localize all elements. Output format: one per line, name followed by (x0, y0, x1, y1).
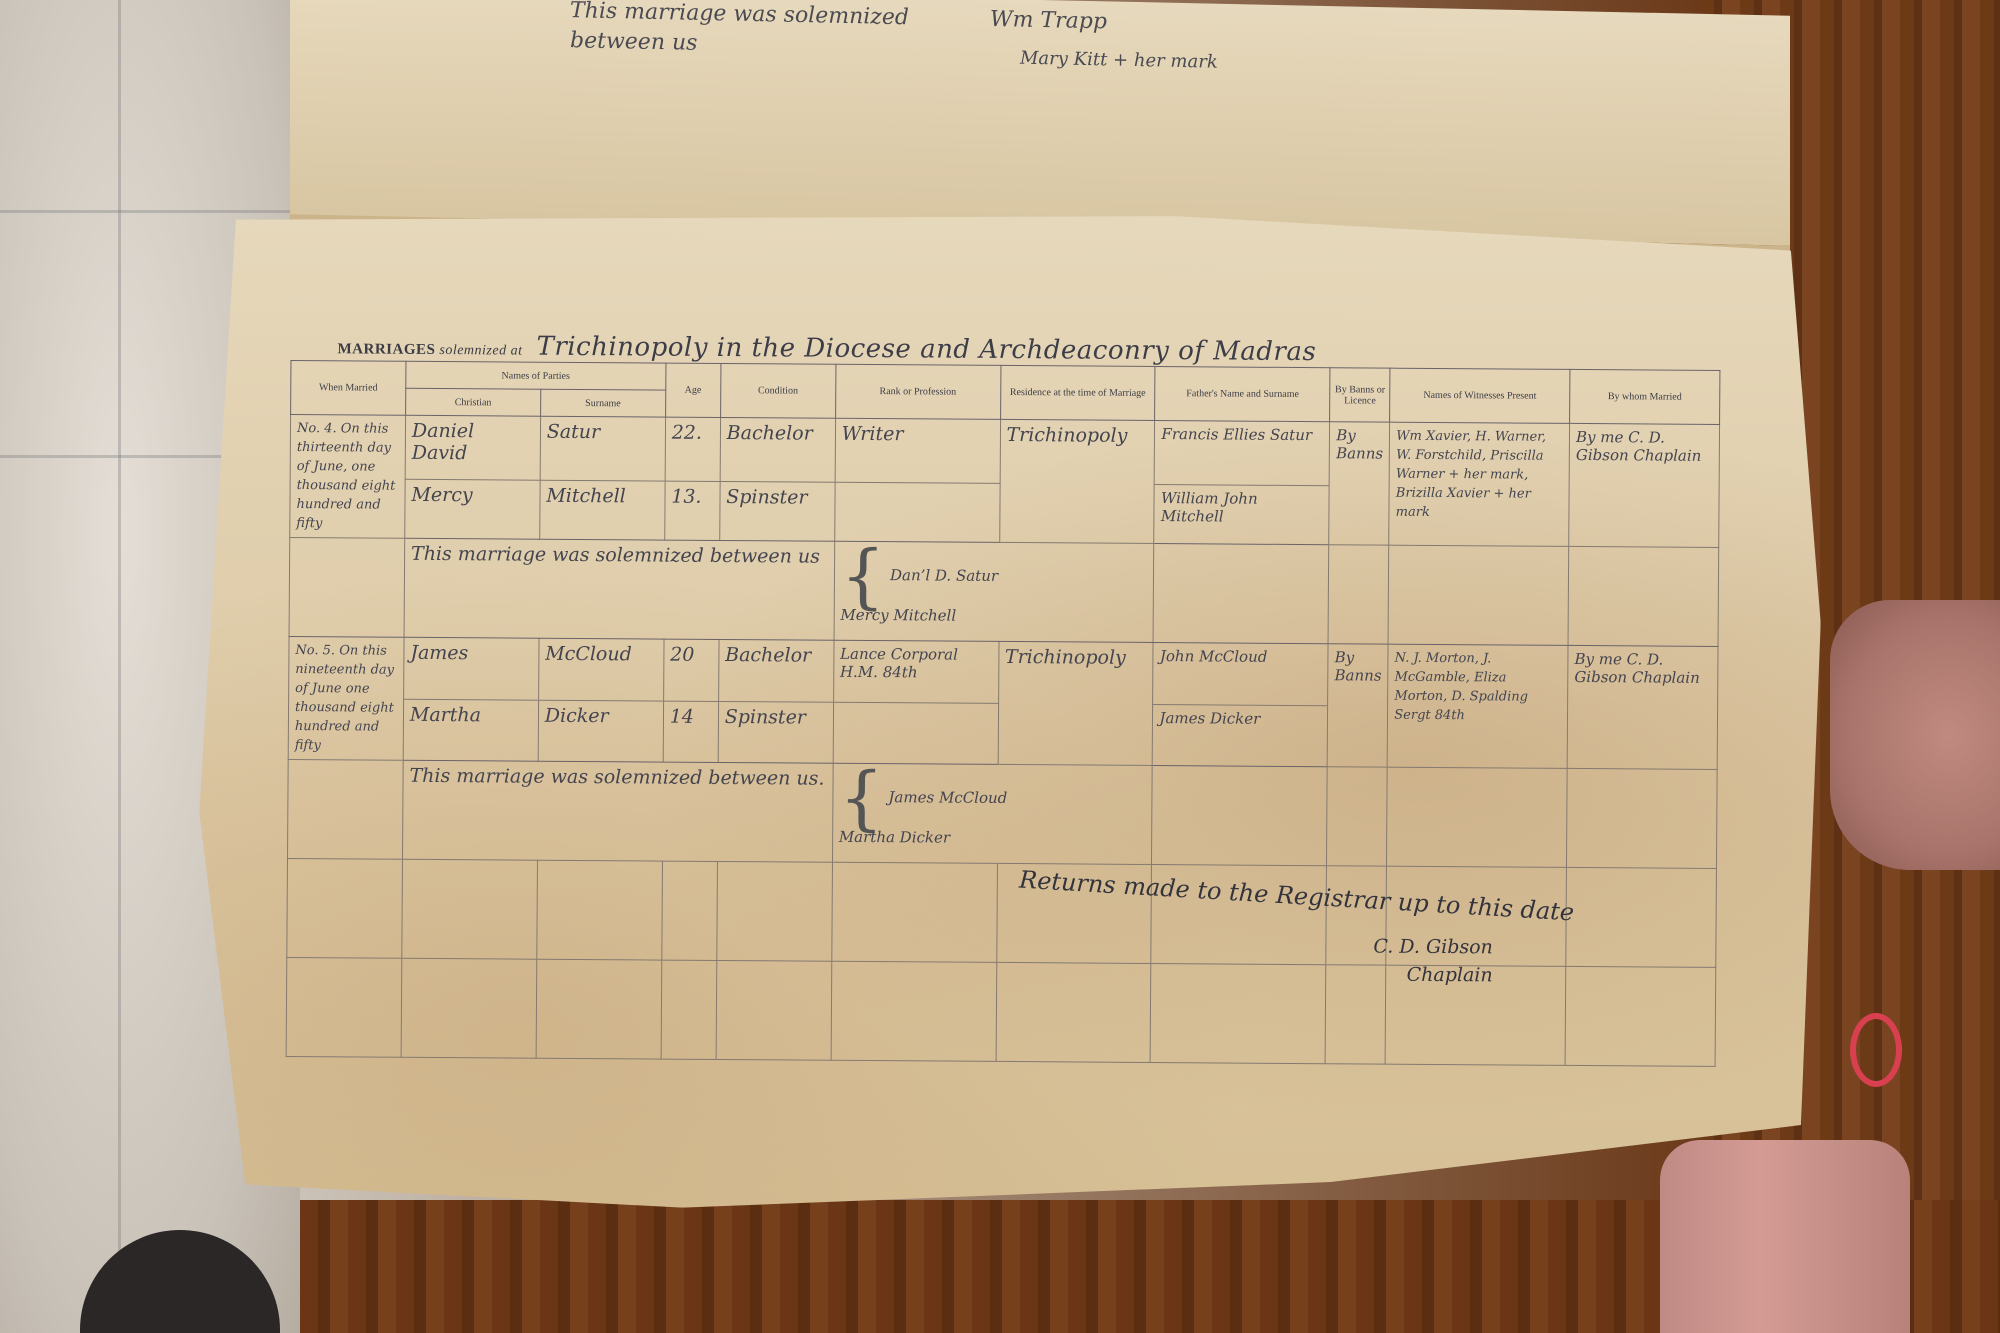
header-condition: Condition (720, 363, 835, 418)
entry-1-residence: Trichinopoly (999, 419, 1155, 543)
top-signer-1: Wm Trapp (990, 7, 1107, 34)
header-by-whom: By whom Married (1570, 369, 1720, 424)
header-father: Father's Name and Surname (1155, 367, 1330, 422)
header-names-of-parties: Names of Parties (406, 361, 666, 390)
entry-2-groom-condition: Bachelor (718, 639, 833, 701)
entry-1-bride-christian: Mercy (405, 479, 540, 539)
entry-1-groom-father: Francis Ellies Satur (1155, 421, 1330, 486)
entry-1-signature-bride: Mercy Mitchell (840, 606, 956, 625)
entry-1-bride-rank (834, 482, 999, 542)
entry-2-when: No. 5. On this nineteenth day of June on… (288, 636, 404, 760)
entry-1-groom-surname: Satur (540, 416, 665, 481)
header-residence: Residence at the time of Marriage (1000, 365, 1155, 420)
entry-2-signatures: { James McCloud Martha Dicker (832, 763, 1152, 864)
header-witnesses: Names of Witnesses Present (1390, 368, 1570, 423)
empty-row (286, 957, 1716, 1066)
entry-2-bride-christian: Martha (403, 699, 538, 761)
entry-2-bride-condition: Spinster (718, 701, 833, 763)
header-when-married: When Married (291, 360, 406, 415)
entry-1-bride-condition: Spinster (719, 481, 834, 541)
entry-1-sig-blank-3 (1328, 545, 1389, 644)
hand-holding-page (1830, 600, 2000, 870)
header-christian: Christian (406, 388, 541, 416)
entry-1-sig-blank-4 (1388, 545, 1568, 645)
top-between-line: between us (570, 28, 697, 56)
entry-1-sig-blank-5 (1568, 546, 1719, 646)
entry-1-signature-groom: Dan’l D. Satur (890, 566, 998, 585)
entry-2-sig-blank-2 (1152, 765, 1327, 865)
entry-1-signature-row: This marriage was solemnized between us … (289, 537, 1719, 646)
entry-1-sig-blank-2 (1153, 544, 1328, 644)
entry-2-bride-age: 14 (663, 701, 718, 763)
entry-1-witnesses: Wm Xavier, H. Warner, W. Forstchild, Pri… (1389, 422, 1570, 546)
entry-2-groom-father: John McCloud (1153, 642, 1328, 705)
entry-1-bride-age: 13. (664, 481, 719, 540)
top-signer-2: Mary Kitt + her mark (1020, 48, 1218, 73)
entry-2-bride-father: James Dicker (1153, 704, 1328, 767)
entry-2-sig-blank (287, 759, 403, 859)
entry-2-sig-blank-4 (1387, 767, 1567, 867)
entry-1-by-whom: By me C. D. Gibson Chaplain (1569, 423, 1720, 547)
entry-1-groom-age: 22. (665, 417, 720, 481)
entry-2-by-whom: By me C. D. Gibson Chaplain (1567, 645, 1718, 769)
header-surname: Surname (540, 389, 665, 417)
red-rubber-band (1850, 1013, 1902, 1087)
brace-icon: { (839, 757, 884, 839)
entry-2-sig-blank-5 (1567, 768, 1718, 868)
entry-2-solemnized-text: This marriage was solemnized between us. (402, 760, 832, 862)
fingers-holding-page (1660, 1140, 1910, 1333)
entry-2-banns: By Banns (1327, 644, 1388, 767)
entry-2-witnesses: N. J. Morton, J. McGamble, Eliza Morton,… (1387, 644, 1568, 768)
entry-1-banns: By Banns (1329, 422, 1390, 545)
entry-2-sig-blank-3 (1327, 767, 1388, 866)
entry-2-groom-row: No. 5. On this nineteenth day of June on… (289, 636, 1718, 707)
entry-1-groom-condition: Bachelor (720, 417, 835, 482)
entry-1-groom-rank: Writer (835, 418, 1000, 483)
entry-1-sig-blank (289, 537, 405, 637)
entry-2-signature-row: This marriage was solemnized between us.… (287, 759, 1717, 868)
entry-1-groom-row: No. 4. On this thirteenth day of June, o… (290, 414, 1719, 488)
entry-2-groom-surname: McCloud (538, 638, 663, 700)
marriage-register-page: MARRIAGES solemnized at Trichinopoly in … (197, 209, 1824, 1225)
entry-1-solemnized-text: This marriage was solemnized between us (404, 538, 834, 640)
entry-1-bride-father: William John Mitchell (1154, 484, 1329, 544)
returns-signature: C. D. Gibson Chaplain (1373, 933, 1493, 990)
header-banns: By Banns or Licence (1330, 368, 1390, 422)
entry-2-bride-surname: Dicker (538, 700, 663, 762)
returns-title: Chaplain (1373, 961, 1493, 990)
returns-signer: C. D. Gibson (1373, 933, 1493, 962)
brace-icon: { (840, 535, 885, 617)
entry-2-bride-rank (833, 702, 998, 765)
entry-2-signature-groom: James McCloud (888, 788, 1007, 807)
entry-1-when: No. 4. On this thirteenth day of June, o… (290, 414, 406, 538)
entry-1-signatures: { Dan’l D. Satur Mercy Mitchell (834, 541, 1154, 642)
entry-1-bride-surname: Mitchell (540, 480, 665, 540)
title-solemnized-at: solemnized at (439, 343, 522, 359)
entry-2-signature-bride: Martha Dicker (839, 828, 950, 847)
title-marriages: MARRIAGES (337, 341, 435, 358)
entry-2-groom-age: 20 (663, 639, 718, 701)
top-solemnized-line: This marriage was solemnized (570, 0, 909, 30)
entry-2-residence: Trichinopoly (998, 641, 1154, 765)
header-rank: Rank or Profession (835, 364, 1000, 419)
header-age: Age (665, 363, 720, 417)
marriage-register-table: When Married Names of Parties Age Condit… (286, 360, 1721, 1067)
entry-1-groom-christian: Daniel David (405, 415, 540, 480)
entry-2-groom-rank: Lance Corporal H.M. 84th (833, 640, 998, 703)
entry-2-groom-christian: James (404, 637, 539, 699)
